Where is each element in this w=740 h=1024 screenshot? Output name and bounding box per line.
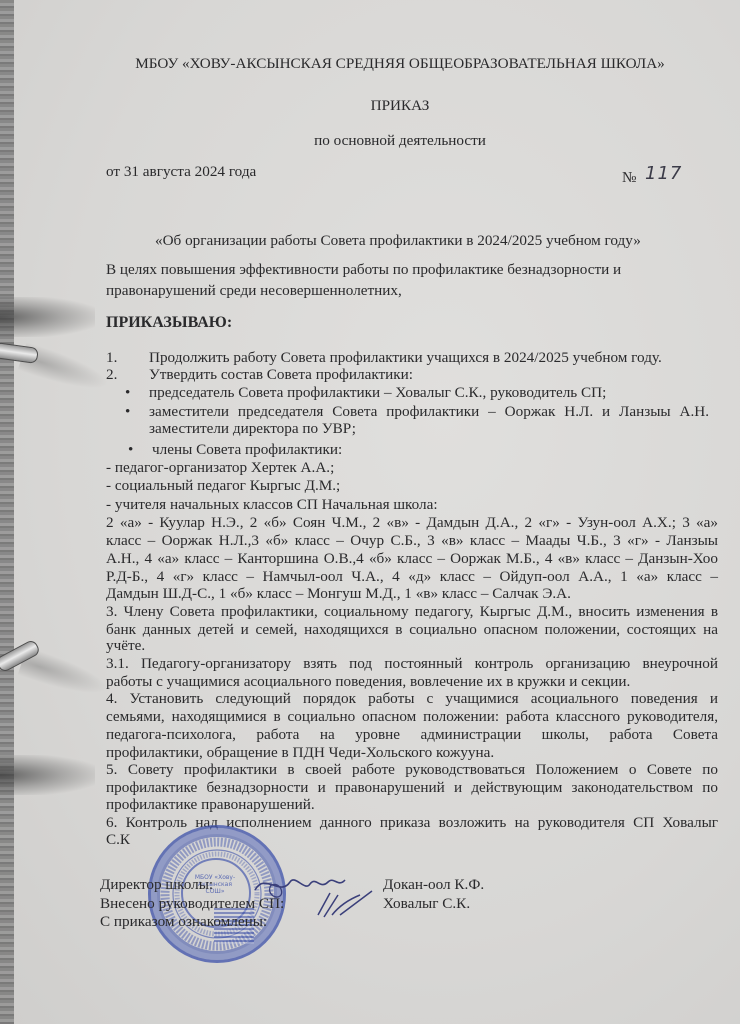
teachers-line: А.Н., 4 «а» класс – Канторшина О.В.,4 «б… <box>106 551 718 567</box>
item-text: Продолжить работу Совета профилактики уч… <box>149 350 662 366</box>
teachers-line: 2 «а» - Куулар Н.Э., 2 «б» Соян Ч.М., 2 … <box>106 515 718 531</box>
point4-line: педагога-психолога, работа на уровне адм… <box>106 727 718 743</box>
order-date: от 31 августа 2024 года <box>106 164 256 180</box>
point4-line: профилактики, обращение в ПДН Чеди-Хольс… <box>106 745 494 761</box>
member-line: - учителя начальных классов СП Начальная… <box>106 497 438 513</box>
point5-line: профилактике правонарушений. <box>106 797 315 813</box>
point5-line: 5. Совету профилактики в своей работе ру… <box>106 762 718 778</box>
point31-line: работы с учащимися асоциального поведени… <box>106 674 630 690</box>
order-number-handwritten: 117 <box>645 166 682 182</box>
member-line: - социальный педагог Кыргыс Д.М.; <box>106 478 340 494</box>
point31-line: 3.1. Педагогу-организатору взять под пос… <box>106 656 718 672</box>
submitter-signature-icon <box>310 885 390 925</box>
order-heading: ПРИКАЗЫВАЮ: <box>106 315 232 331</box>
point3-line: банк данных детей и семей, находящихся в… <box>106 622 718 638</box>
item-number: 2. <box>106 367 117 383</box>
binder-smudge <box>0 755 95 795</box>
member-line: - педагог-организатор Хертек А.А.; <box>106 460 334 476</box>
point4-line: семьями, находящимися в социально опасно… <box>106 709 718 725</box>
bullet-item-continuation: заместители директора по УВР; <box>149 421 356 437</box>
bullet-item: председатель Совета профилактики – Ховал… <box>149 385 606 401</box>
director-label: Директор школы: <box>100 877 213 893</box>
point5-line: профилактике безнадзорности и правонаруш… <box>106 780 718 796</box>
organization-name: МБОУ «ХОВУ-АКСЫНСКАЯ СРЕДНЯЯ ОБЩЕОБРАЗОВ… <box>0 56 740 72</box>
item-number: 1. <box>106 350 117 366</box>
point3-line: 3. Члену Совета профилактики, социальном… <box>106 604 718 620</box>
point6-line: С.К <box>106 832 130 848</box>
order-number-label: № <box>622 170 637 186</box>
director-name: Докан-оол К.Ф. <box>383 877 484 893</box>
item-text: Утвердить состав Совета профилактики: <box>149 367 413 383</box>
bullet-item: заместители председателя Совета профилак… <box>149 404 709 420</box>
binder-smudge <box>0 297 95 337</box>
preamble-line: правонарушений среди несовершеннолетних, <box>106 283 402 299</box>
document-page: МБОУ «ХОВУ-АКСЫНСКАЯ СРЕДНЯЯ ОБЩЕОБРАЗОВ… <box>0 0 740 1024</box>
teachers-line: класс – Ооржак Н.Л.,3 «б» класс – Очур С… <box>106 533 718 549</box>
submitted-name: Ховалыг С.К. <box>383 896 470 912</box>
bullet-item: члены Совета профилактики: <box>152 442 342 458</box>
teachers-line: Р.Д-Б., 4 «г» класс – Намчыл-оол Ч.А., 4… <box>106 569 718 585</box>
preamble-line: В целях повышения эффективности работы п… <box>106 262 621 278</box>
order-title: «Об организации работы Совета профилакти… <box>155 233 641 249</box>
teachers-line: Дамдын Ш.Д-С., 1 «б» класс – Монгуш М.Д.… <box>106 586 571 602</box>
point3-line: учёте. <box>106 638 145 654</box>
document-type: ПРИКАЗ <box>0 98 740 114</box>
acquainted-label: С приказом ознакомлены: <box>100 914 267 930</box>
point4-line: 4. Установить следующий порядок работы с… <box>106 691 718 707</box>
page-edge-shadow <box>0 0 14 1024</box>
document-subtype: по основной деятельности <box>0 133 740 149</box>
